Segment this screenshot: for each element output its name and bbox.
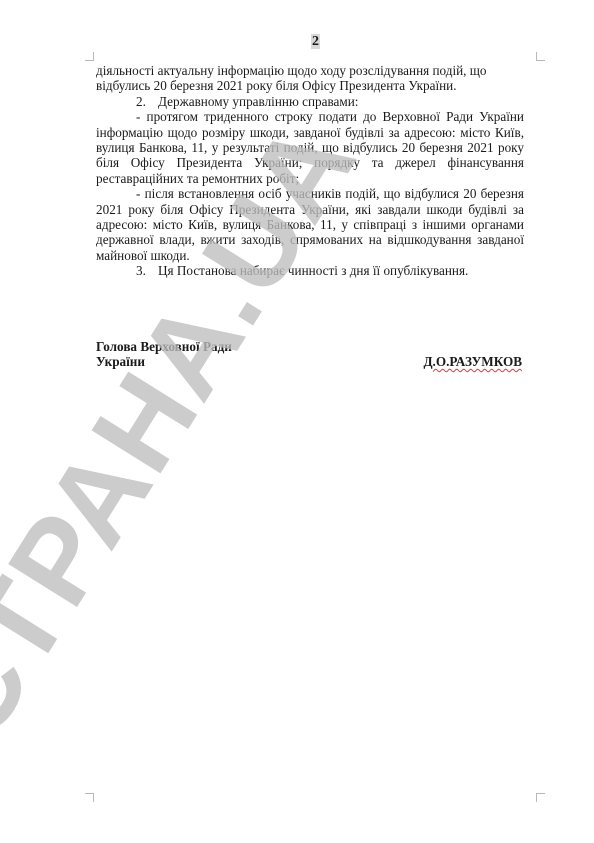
numbered-item-3: 3.Ця Постанова набирає чинності з дня її… [96,263,524,278]
page-number: 2 [0,34,594,50]
numbered-item-2: 2.Державному управлінню справами: [96,94,524,109]
page-number-value: 2 [311,34,320,49]
bullet-item-2: - після встановлення осіб учасників поді… [96,186,524,263]
bullet-item-1: - протягом триденного строку подати до В… [96,109,524,186]
signatory-name: Д.О.РАЗУМКОВ [423,354,522,369]
signatory-title-line1: Голова Верховної Ради [96,339,524,354]
item-number: 3. [136,263,158,278]
signature-block: Голова Верховної Ради України Д.О.РАЗУМК… [96,339,524,369]
item-text: Ця Постанова набирає чинності з дня її о… [158,263,468,278]
margin-corner-mark-top-left [85,52,94,61]
margin-corner-mark-top-right [536,52,545,61]
paragraph-continuation-line2: відбулись 20 березня 2021 року біля Офіс… [96,78,524,93]
document-body: діяльності актуальну інформацію щодо ход… [96,63,524,279]
item-text: Державному управлінню справами: [158,94,358,109]
paragraph-continuation-line1: діяльності актуальну інформацію щодо ход… [96,63,524,78]
document-page: 2 діяльності актуальну інформацію щодо х… [0,0,594,843]
item-number: 2. [136,94,158,109]
margin-corner-mark-bottom-left [85,793,94,802]
margin-corner-mark-bottom-right [536,793,545,802]
signatory-name-text: Д.О.РАЗУМКОВ [423,354,522,369]
